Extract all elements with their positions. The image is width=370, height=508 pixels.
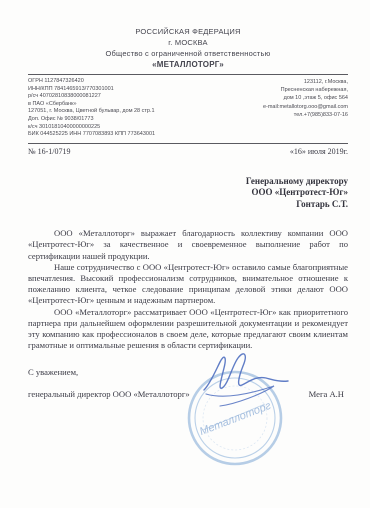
company-stamp: Металлоторг bbox=[185, 368, 285, 468]
office-line: дом 10 ,этаж 5, офис 564 bbox=[263, 94, 348, 102]
account-line: р/сч 40702810838000081227 bbox=[28, 93, 155, 101]
signature-row: генеральный директор ООО «Металлоторг» М… bbox=[28, 389, 348, 399]
postal-line: 123112, г.Москва, bbox=[263, 78, 348, 86]
stamp-icon: Металлоторг bbox=[185, 368, 285, 468]
bik-line: БИК 044525225 ИНН 7707083893 КПП 7736430… bbox=[28, 131, 155, 139]
stamp-company-text: Металлоторг bbox=[198, 400, 273, 438]
city-line: г. МОСКВА bbox=[28, 37, 348, 48]
legal-form-line: Общество с ограниченной ответственностью bbox=[28, 48, 348, 59]
addressee-name: Гонтарь С.Т. bbox=[28, 199, 348, 211]
salutation: С уважением, bbox=[28, 367, 348, 377]
ogrn-line: ОГРН 1127847326420 bbox=[28, 78, 155, 86]
corr-account-line: к/сч 30101810400000000225 bbox=[28, 124, 155, 132]
paragraph-cooperation: Наше сотрудничество с ООО «Центротест-Юг… bbox=[28, 262, 348, 307]
letter-body: ООО «Металлоторг» выражает благодарность… bbox=[28, 228, 348, 351]
reference-row: № 16-1/0719 «16» июля 2019г. bbox=[28, 147, 348, 156]
contact-details: 123112, г.Москва, Пресненская набережная… bbox=[263, 78, 348, 139]
addressee-block: Генеральному директору ООО «Центротест-Ю… bbox=[28, 176, 348, 211]
country-line: РОССИЙСКАЯ ФЕДЕРАЦИЯ bbox=[28, 26, 348, 37]
bank-details: ОГРН 1127847326420 ИНН/КПП 7841465913/77… bbox=[28, 78, 155, 139]
outgoing-number: № 16-1/0719 bbox=[28, 147, 71, 156]
letter-date: «16» июля 2019г. bbox=[290, 147, 348, 156]
email-line: e-mail:metallotorg.ooo@gmail.com bbox=[263, 103, 348, 111]
letterhead: РОССИЙСКАЯ ФЕДЕРАЦИЯ г. МОСКВА Общество … bbox=[28, 26, 348, 70]
paragraph-gratitude: ООО «Металлоторг» выражает благодарность… bbox=[28, 228, 348, 262]
inn-kpp-line: ИНН/КПП 7841465913/770301001 bbox=[28, 86, 155, 94]
street-line: Пресненская набережная, bbox=[263, 86, 348, 94]
signer-title: генеральный директор ООО «Металлоторг» bbox=[28, 389, 190, 399]
bank-address-line: 127051, г. Москва, Цветной бульвар, дом … bbox=[28, 108, 155, 116]
company-name: «МЕТАЛЛОТОРГ» bbox=[28, 59, 348, 70]
requisites-block: ОГРН 1127847326420 ИНН/КПП 7841465913/77… bbox=[28, 78, 348, 139]
requisites-divider bbox=[28, 143, 348, 144]
header-divider bbox=[28, 74, 348, 75]
addressee-position: Генеральному директору bbox=[28, 176, 348, 188]
bank-office-line: Доп. Офис № 9038/01773 bbox=[28, 116, 155, 124]
letter-page: РОССИЙСКАЯ ФЕДЕРАЦИЯ г. МОСКВА Общество … bbox=[0, 0, 370, 508]
paragraph-recommendation: ООО «Металлоторг» рассматривает ООО «Цен… bbox=[28, 307, 348, 352]
addressee-company: ООО «Центротест-Юг» bbox=[28, 187, 348, 199]
phone-line: тел.+7(985)833-07-16 bbox=[263, 111, 348, 119]
signer-name: Мега А.Н bbox=[309, 389, 348, 399]
